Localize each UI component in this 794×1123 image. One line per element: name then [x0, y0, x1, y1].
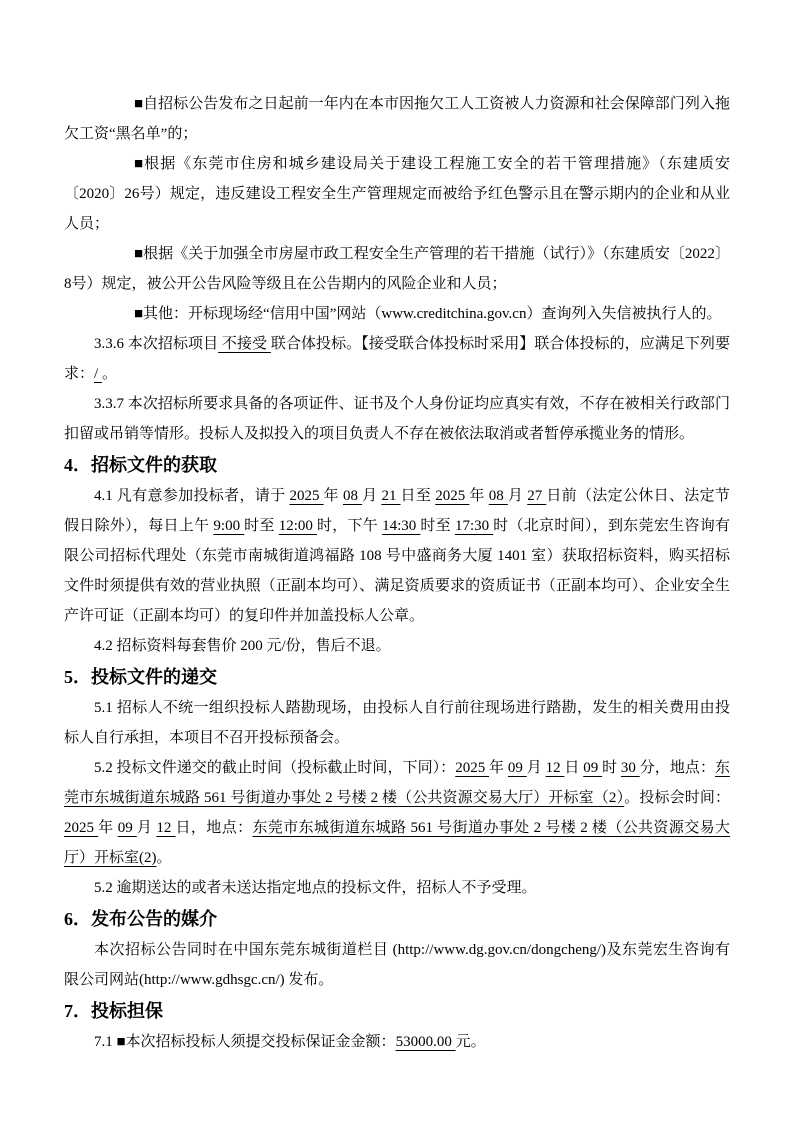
- text-segment: 。投标会时间：: [624, 790, 730, 806]
- underlined-text: 30: [621, 760, 640, 776]
- text-segment: 7．投标担保: [64, 1001, 163, 1021]
- text-segment: 5.1 招标人不统一组织投标人踏勘现场，由投标人自行前往现场进行踏勘，发生的相关…: [64, 700, 730, 746]
- underlined-text: 2025: [435, 488, 469, 504]
- underlined-text: 53000.00: [396, 1034, 456, 1050]
- underlined-text: 14:30: [382, 518, 420, 534]
- text-segment: 月: [137, 820, 157, 836]
- text-segment: ■自招标公告发布之日起前一年内在本市因拖欠工人工资被人力资源和社会保障部门列入拖…: [64, 96, 730, 142]
- text-segment: 月: [508, 488, 527, 504]
- underlined-text: 12: [546, 760, 565, 776]
- text-segment: 3.3.6 本次招标项目: [94, 336, 218, 352]
- text-segment: 时: [602, 760, 621, 776]
- underlined-text: 09: [583, 760, 602, 776]
- clause-6-media-body: 本次招标公告同时在中国东莞东城街道栏目 (http://www.dg.gov.c…: [64, 935, 730, 995]
- clause-7-1: 7.1 ■本次招标投标人须提交投标保证金金额：53000.00 元。: [64, 1027, 730, 1057]
- text-segment: 3.3.7 本次招标所要求具备的各项证件、证书及个人身份证均应真实有效，不存在被…: [64, 396, 730, 442]
- text-segment: 日至: [401, 488, 436, 504]
- underlined-text: 08: [343, 488, 362, 504]
- heading-5-submit-documents: 5．投标文件的递交: [64, 661, 730, 693]
- text-segment: 本次招标公告同时在中国东莞东城街道栏目 (http://www.dg.gov.c…: [64, 942, 730, 988]
- text-segment: 年: [469, 488, 488, 504]
- text-segment: 。: [157, 850, 172, 866]
- underlined-text: 12: [156, 820, 175, 836]
- underlined-text: 12:00: [279, 518, 317, 534]
- clause-other-creditchina-bullet: ■其他：开标现场经“信用中国”网站（www.creditchina.gov.cn…: [64, 299, 730, 329]
- clause-4-2: 4.2 招标资料每套售价 200 元/份，售后不退。: [64, 631, 730, 661]
- text-segment: 分，地点：: [640, 760, 715, 776]
- text-segment: 时至: [420, 518, 455, 534]
- text-segment: 月: [527, 760, 546, 776]
- clause-5-2-late-delivery: 5.2 逾期送达的或者未送达指定地点的投标文件，招标人不予受理。: [64, 873, 730, 903]
- underlined-text: 2025: [290, 488, 324, 504]
- underlined-text: 27: [527, 488, 546, 504]
- text-segment: 年: [98, 820, 118, 836]
- text-segment: 日，地点：: [176, 820, 253, 836]
- underlined-text: 09: [508, 760, 527, 776]
- underlined-text: 不接受: [218, 336, 271, 352]
- text-segment: 4.1 凡有意参加投标者，请于: [94, 488, 290, 504]
- text-segment: 元。: [456, 1034, 486, 1050]
- text-segment: 4.2 招标资料每套售价 200 元/份，售后不退。: [94, 638, 391, 654]
- text-segment: 日: [564, 760, 583, 776]
- text-segment: 4．招标文件的获取: [64, 455, 217, 475]
- clause-5-2-deadline: 5.2 投标文件递交的截止时间（投标截止时间，下同）：2025 年 09 月 1…: [64, 753, 730, 873]
- text-segment: 年: [489, 760, 508, 776]
- underlined-text: 2025: [455, 760, 489, 776]
- clause-red-warning-bullet: ■根据《东莞市住房和城乡建设局关于建设工程施工安全的若干管理措施》（东建质安〔2…: [64, 149, 730, 239]
- clause-3-3-6: 3.3.6 本次招标项目 不接受 联合体投标。【接受联合体投标时采用】联合体投标…: [64, 329, 730, 389]
- underlined-text: 2025: [64, 820, 98, 836]
- heading-6-announcement-media: 6．发布公告的媒介: [64, 903, 730, 935]
- text-segment: 月: [362, 488, 381, 504]
- clause-risk-notice-bullet: ■根据《关于加强全市房屋市政工程安全生产管理的若干措施（试行）》（东建质安〔20…: [64, 239, 730, 299]
- underlined-text: 21: [381, 488, 400, 504]
- text-segment: 7.1 ■本次招标投标人须提交投标保证金金额：: [94, 1034, 396, 1050]
- underlined-text: 17:30: [455, 518, 493, 534]
- clause-3-3-7: 3.3.7 本次招标所要求具备的各项证件、证书及个人身份证均应真实有效，不存在被…: [64, 389, 730, 449]
- text-segment: 时至: [244, 518, 279, 534]
- clause-4-1: 4.1 凡有意参加投标者，请于 2025 年 08 月 21 日至 2025 年…: [64, 481, 730, 631]
- underlined-text: /: [94, 366, 102, 382]
- document-page: ■自招标公告发布之日起前一年内在本市因拖欠工人工资被人力资源和社会保障部门列入拖…: [0, 0, 794, 1123]
- heading-7-bid-security: 7．投标担保: [64, 995, 730, 1027]
- underlined-text: 08: [489, 488, 508, 504]
- text-segment: ■其他：开标现场经“信用中国”网站（www.creditchina.gov.cn…: [134, 306, 721, 322]
- underlined-text: 09: [118, 820, 137, 836]
- text-segment: 。: [102, 366, 117, 382]
- clause-5-1: 5.1 招标人不统一组织投标人踏勘现场，由投标人自行前往现场进行踏勘，发生的相关…: [64, 693, 730, 753]
- text-segment: 6．发布公告的媒介: [64, 909, 217, 929]
- clause-wage-blacklist-bullet: ■自招标公告发布之日起前一年内在本市因拖欠工人工资被人力资源和社会保障部门列入拖…: [64, 89, 730, 149]
- text-segment: 5.2 逾期送达的或者未送达指定地点的投标文件，招标人不予受理。: [94, 880, 537, 896]
- heading-4-obtain-documents: 4．招标文件的获取: [64, 449, 730, 481]
- text-segment: 5.2 投标文件递交的截止时间（投标截止时间，下同）：: [94, 760, 455, 776]
- text-segment: ■根据《东莞市住房和城乡建设局关于建设工程施工安全的若干管理措施》（东建质安〔2…: [64, 156, 730, 232]
- text-segment: ■根据《关于加强全市房屋市政工程安全生产管理的若干措施（试行）》（东建质安〔20…: [64, 246, 730, 292]
- underlined-text: 9:00: [213, 518, 244, 534]
- document-body: ■自招标公告发布之日起前一年内在本市因拖欠工人工资被人力资源和社会保障部门列入拖…: [64, 89, 730, 1057]
- text-segment: 时，下午: [317, 518, 382, 534]
- text-segment: 5．投标文件的递交: [64, 667, 217, 687]
- text-segment: 年: [324, 488, 343, 504]
